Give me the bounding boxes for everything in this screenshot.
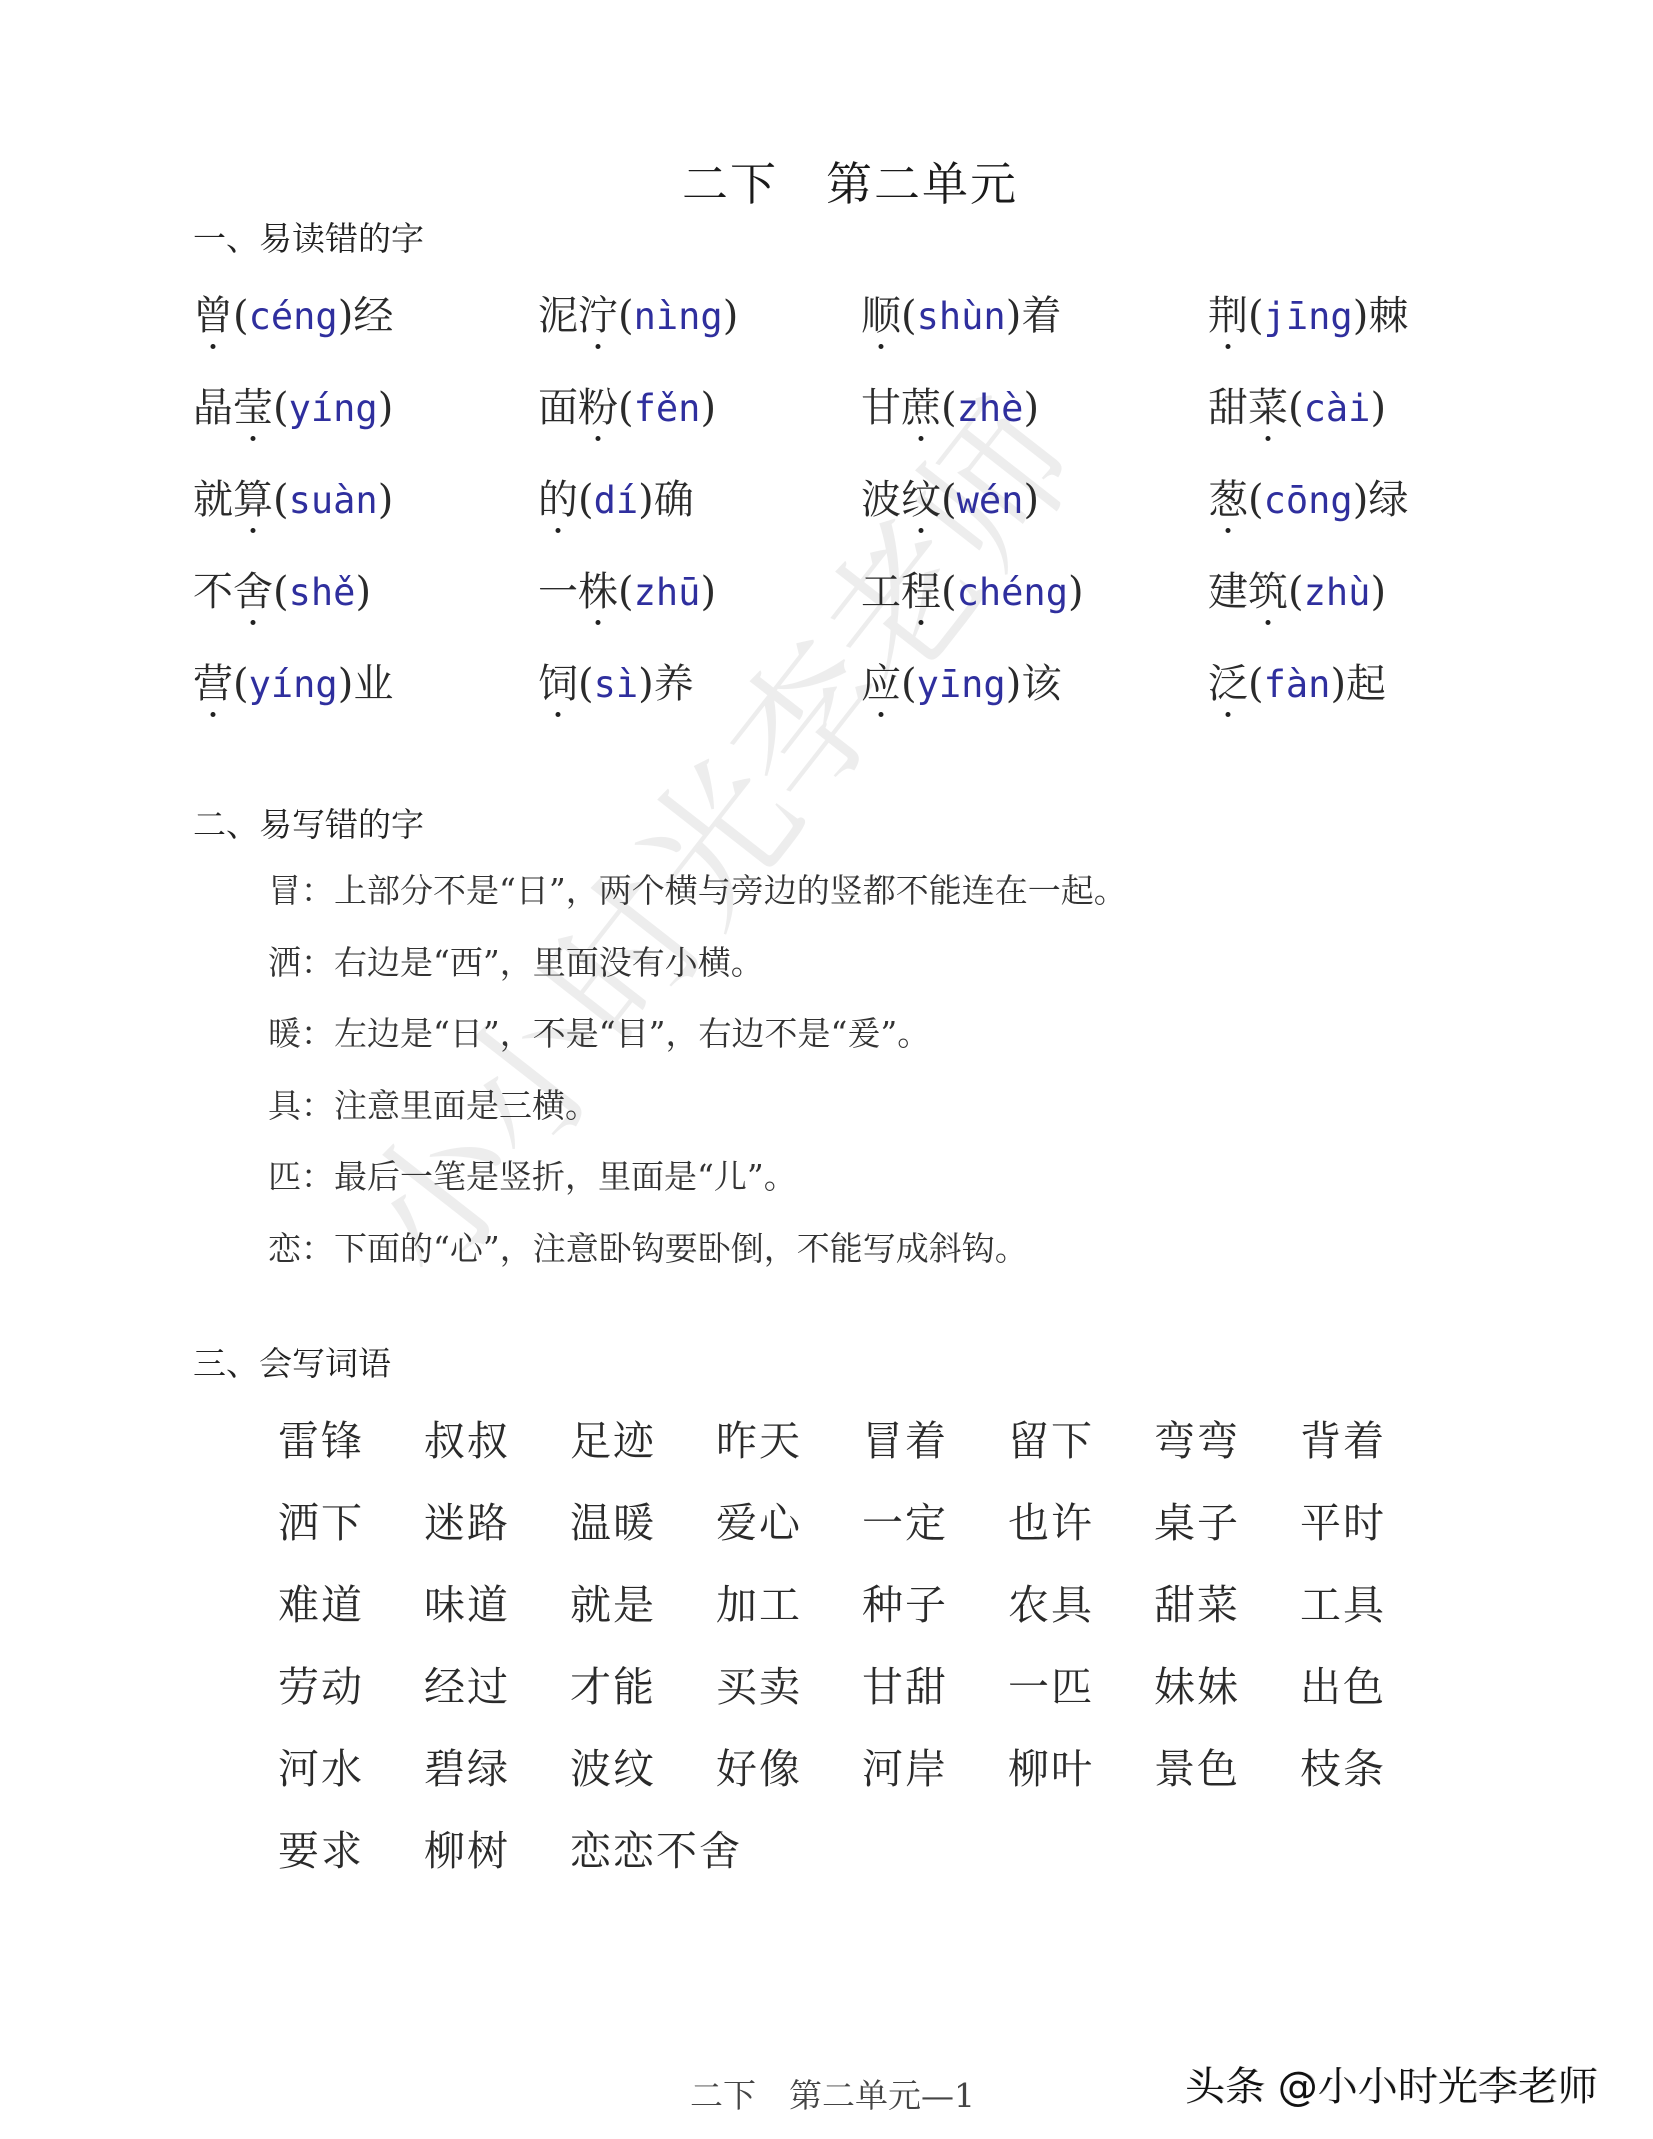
paren-open: (: [901, 293, 917, 339]
paren-close: ): [1353, 477, 1369, 523]
word-prefix: 建: [1208, 569, 1248, 615]
paren-open: (: [941, 569, 957, 615]
pinyin-text: zhū: [634, 571, 701, 614]
emphasized-char: 的: [538, 468, 578, 525]
vocab-word: 难道: [278, 1572, 364, 1631]
note-line: 恋：下面的“心”，注意卧钩要卧倒，不能写成斜钩。: [268, 1223, 1127, 1295]
pinyin-item: 顺(shùn)着: [861, 284, 1061, 341]
pinyin-row: 就算(suàn)的(dí)确波纹(wén)葱(cōng)绿: [193, 468, 1493, 560]
vocab-word: 碧绿: [424, 1736, 510, 1795]
emphasized-char: 菜: [1248, 376, 1288, 433]
pinyin-item: 饲(sì)养: [538, 652, 694, 709]
vocab-word: 经过: [424, 1654, 510, 1713]
vocab-word: 迷路: [424, 1490, 510, 1549]
section-header-miswritten: 二、易写错的字: [193, 799, 424, 846]
vocab-word: 甘甜: [862, 1654, 948, 1713]
word-prefix: 工: [861, 569, 901, 615]
page-title: 二下 第二单元: [0, 148, 1653, 214]
pinyin-text: yīng: [917, 663, 1006, 706]
paren-close: ): [338, 293, 354, 339]
page-number-label: 二下 第二单元—1: [690, 2070, 975, 2117]
pinyin-text: suàn: [289, 479, 378, 522]
paren-open: (: [273, 477, 289, 523]
emphasized-char: 莹: [233, 376, 273, 433]
vocab-word: 冒着: [862, 1408, 948, 1467]
word-suffix: 该: [1021, 661, 1061, 707]
writing-notes: 冒：上部分不是“日”，两个横与旁边的竖都不能连在一起。 洒：右边是“西”，里面没…: [268, 865, 1127, 1294]
pinyin-item: 晶莹(yíng): [193, 376, 393, 433]
word-suffix: 绿: [1368, 477, 1408, 523]
paren-close: ): [700, 385, 716, 431]
vocab-word: 波纹: [570, 1736, 656, 1795]
paren-open: (: [618, 569, 634, 615]
word-prefix: 波: [861, 477, 901, 523]
paren-close: ): [1370, 385, 1386, 431]
vocab-word: 种子: [862, 1572, 948, 1631]
note-line: 暖：左边是“日”，不是“目”，右边不是“爰”。: [268, 1008, 1127, 1080]
pinyin-text: zhù: [1304, 571, 1371, 614]
vocab-word: 平时: [1300, 1490, 1386, 1549]
vocab-word: 一匹: [1008, 1654, 1094, 1713]
pinyin-text: zhè: [957, 387, 1024, 430]
paren-close: ): [338, 661, 354, 707]
paren-close: ): [638, 661, 654, 707]
emphasized-char: 纹: [901, 468, 941, 525]
vocab-word: 背着: [1300, 1408, 1386, 1467]
vocab-word: 柳树: [424, 1818, 510, 1877]
paren-close: ): [723, 293, 739, 339]
paren-open: (: [578, 661, 594, 707]
pinyin-item: 波纹(wén): [861, 468, 1039, 525]
emphasized-char: 荆: [1208, 284, 1248, 341]
paren-open: (: [578, 477, 594, 523]
paren-open: (: [233, 661, 249, 707]
vocab-word: 足迹: [570, 1408, 656, 1467]
paren-close: ): [1006, 293, 1022, 339]
word-suffix: 经: [353, 293, 393, 339]
paren-open: (: [941, 385, 957, 431]
pinyin-text: shě: [289, 571, 356, 614]
pinyin-row: 晶莹(yíng)面粉(fěn)甘蔗(zhè)甜菜(cài): [193, 376, 1493, 468]
word-prefix: 甜: [1208, 385, 1248, 431]
word-prefix: 甘: [861, 385, 901, 431]
vocab-word: 爱心: [716, 1490, 802, 1549]
emphasized-char: 曾: [193, 284, 233, 341]
pinyin-text: céng: [249, 295, 338, 338]
emphasized-char: 舍: [233, 560, 273, 617]
paren-close: ): [1023, 477, 1039, 523]
note-line: 洒：右边是“西”，里面没有小横。: [268, 937, 1127, 1009]
vocab-word: 好像: [716, 1736, 802, 1795]
paren-close: ): [700, 569, 716, 615]
vocab-word: 弯弯: [1154, 1408, 1240, 1467]
word-suffix: 起: [1346, 661, 1386, 707]
vocab-word: 出色: [1300, 1654, 1386, 1713]
emphasized-char: 筑: [1248, 560, 1288, 617]
pinyin-text: yíng: [249, 663, 338, 706]
pinyin-text: yíng: [289, 387, 378, 430]
word-prefix: 面: [538, 385, 578, 431]
paren-open: (: [618, 293, 634, 339]
paren-open: (: [1248, 293, 1264, 339]
pinyin-item: 葱(cōng)绿: [1208, 468, 1408, 525]
word-suffix: 棘: [1368, 293, 1408, 339]
emphasized-char: 泛: [1208, 652, 1248, 709]
vocab-word: 味道: [424, 1572, 510, 1631]
pinyin-text: chéng: [957, 571, 1068, 614]
vocab-word: 河水: [278, 1736, 364, 1795]
vocab-word: 工具: [1300, 1572, 1386, 1631]
pinyin-text: fěn: [634, 387, 701, 430]
word-prefix: 不: [193, 569, 233, 615]
pinyin-text: wén: [957, 479, 1024, 522]
pinyin-text: fàn: [1264, 663, 1331, 706]
emphasized-char: 泞: [578, 284, 618, 341]
vocab-word: 劳动: [278, 1654, 364, 1713]
paren-open: (: [1248, 477, 1264, 523]
pinyin-grid: 曾(céng)经泥泞(nìng)顺(shùn)着荆(jīng)棘晶莹(yíng)…: [193, 284, 1493, 744]
paren-open: (: [1248, 661, 1264, 707]
pinyin-item: 工程(chéng): [861, 560, 1084, 617]
word-suffix: 着: [1021, 293, 1061, 339]
vocab-word: 农具: [1008, 1572, 1094, 1631]
paren-close: ): [1068, 569, 1084, 615]
pinyin-item: 泥泞(nìng): [538, 284, 738, 341]
pinyin-item: 的(dí)确: [538, 468, 694, 525]
vocab-word: 也许: [1008, 1490, 1094, 1549]
vocab-word: 洒下: [278, 1490, 364, 1549]
pinyin-text: cōng: [1264, 479, 1353, 522]
pinyin-text: cài: [1304, 387, 1371, 430]
pinyin-item: 不舍(shě): [193, 560, 371, 617]
word-suffix: 确: [654, 477, 694, 523]
pinyin-row: 不舍(shě)一株(zhū)工程(chéng)建筑(zhù): [193, 560, 1493, 652]
emphasized-char: 蔗: [901, 376, 941, 433]
pinyin-text: jīng: [1264, 295, 1353, 338]
pinyin-text: dí: [594, 479, 639, 522]
word-prefix: 泥: [538, 293, 578, 339]
paren-open: (: [233, 293, 249, 339]
vocab-word: 一定: [862, 1490, 948, 1549]
paren-close: ): [1353, 293, 1369, 339]
vocab-word: 买卖: [716, 1654, 802, 1713]
pinyin-text: shùn: [917, 295, 1006, 338]
vocab-word: 枝条: [1300, 1736, 1386, 1795]
note-line: 具：注意里面是三横。: [268, 1080, 1127, 1152]
vocab-word: 桌子: [1154, 1490, 1240, 1549]
paren-close: ): [638, 477, 654, 523]
vocab-word: 昨天: [716, 1408, 802, 1467]
section-header-misread: 一、易读错的字: [193, 213, 424, 260]
pinyin-row: 营(yíng)业饲(sì)养应(yīng)该泛(fàn)起: [193, 652, 1493, 744]
word-prefix: 晶: [193, 385, 233, 431]
vocab-word: 就是: [570, 1572, 656, 1631]
emphasized-char: 应: [861, 652, 901, 709]
paren-open: (: [941, 477, 957, 523]
note-line: 冒：上部分不是“日”，两个横与旁边的竖都不能连在一起。: [268, 865, 1127, 937]
paren-open: (: [273, 385, 289, 431]
vocab-word: 温暖: [570, 1490, 656, 1549]
emphasized-char: 顺: [861, 284, 901, 341]
paren-close: ): [378, 385, 394, 431]
pinyin-item: 应(yīng)该: [861, 652, 1061, 709]
emphasized-char: 饲: [538, 652, 578, 709]
vocab-word: 加工: [716, 1572, 802, 1631]
paren-open: (: [901, 661, 917, 707]
pinyin-text: sì: [594, 663, 639, 706]
paren-close: ): [378, 477, 394, 523]
paren-close: ): [355, 569, 371, 615]
vocab-word: 甜菜: [1154, 1572, 1240, 1631]
paren-open: (: [1288, 385, 1304, 431]
pinyin-item: 甘蔗(zhè): [861, 376, 1039, 433]
emphasized-char: 葱: [1208, 468, 1248, 525]
pinyin-text: nìng: [634, 295, 723, 338]
note-line: 匹：最后一笔是竖折，里面是“儿”。: [268, 1151, 1127, 1223]
pinyin-item: 建筑(zhù): [1208, 560, 1386, 617]
vocab-word: 要求: [278, 1818, 364, 1877]
vocab-word: 恋恋不舍: [570, 1818, 742, 1877]
vocab-word: 景色: [1154, 1736, 1240, 1795]
paren-open: (: [618, 385, 634, 431]
emphasized-char: 算: [233, 468, 273, 525]
section-header-words: 三、会写词语: [193, 1338, 391, 1385]
emphasized-char: 株: [578, 560, 618, 617]
pinyin-item: 就算(suàn): [193, 468, 393, 525]
paren-close: ): [1023, 385, 1039, 431]
vocab-word: 河岸: [862, 1736, 948, 1795]
paren-close: ): [1006, 661, 1022, 707]
pinyin-item: 营(yíng)业: [193, 652, 393, 709]
pinyin-item: 面粉(fěn): [538, 376, 716, 433]
word-prefix: 一: [538, 569, 578, 615]
word-prefix: 就: [193, 477, 233, 523]
word-suffix: 养: [654, 661, 694, 707]
pinyin-item: 荆(jīng)棘: [1208, 284, 1408, 341]
emphasized-char: 程: [901, 560, 941, 617]
vocab-word: 叔叔: [424, 1408, 510, 1467]
pinyin-item: 一株(zhū): [538, 560, 716, 617]
vocab-word: 留下: [1008, 1408, 1094, 1467]
paren-open: (: [273, 569, 289, 615]
vocab-word: 才能: [570, 1654, 656, 1713]
vocab-word: 妹妹: [1154, 1654, 1240, 1713]
pinyin-item: 泛(fàn)起: [1208, 652, 1386, 709]
paren-close: ): [1330, 661, 1346, 707]
vocab-word: 柳叶: [1008, 1736, 1094, 1795]
word-suffix: 业: [353, 661, 393, 707]
pinyin-item: 甜菜(cài): [1208, 376, 1386, 433]
pinyin-row: 曾(céng)经泥泞(nìng)顺(shùn)着荆(jīng)棘: [193, 284, 1493, 376]
paren-close: ): [1370, 569, 1386, 615]
emphasized-char: 粉: [578, 376, 618, 433]
vocab-word: 雷锋: [278, 1408, 364, 1467]
brand-watermark: 头条 @小小时光李老师: [1185, 2055, 1598, 2112]
emphasized-char: 营: [193, 652, 233, 709]
paren-open: (: [1288, 569, 1304, 615]
pinyin-item: 曾(céng)经: [193, 284, 393, 341]
